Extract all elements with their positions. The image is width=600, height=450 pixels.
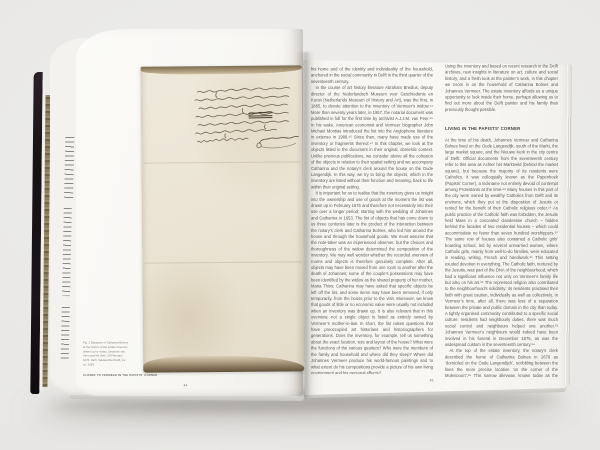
underpage-text-lines xyxy=(62,208,72,296)
body-paragraph: his home and of the identity and individ… xyxy=(311,66,433,85)
text-column-2: Using the inventory and based on recent … xyxy=(445,63,558,377)
handwriting-lines xyxy=(194,87,290,142)
spine-gutter-crease xyxy=(296,52,314,397)
section-heading: LIVING IN THE PAPISTS’ CORNER xyxy=(445,126,558,132)
body-paragraph: It is important for us to realise that t… xyxy=(311,190,433,374)
body-paragraph: In the course of art history literature … xyxy=(311,85,433,190)
handwriting-ink xyxy=(194,85,299,151)
body-paragraph: Using the inventory and based on recent … xyxy=(445,63,558,113)
catharina-bolnes-signature xyxy=(257,136,299,148)
underpage-text-lines xyxy=(64,137,74,199)
figure-caption: Fig. 1 Signature of Catharina Bolnes at … xyxy=(83,341,129,367)
page-number-left: 44 xyxy=(178,384,193,388)
underpage-text-lines xyxy=(61,307,70,359)
underlined-passage xyxy=(249,112,272,118)
page-number-right: 45 xyxy=(424,379,439,383)
running-footer: CLOSER TO VERMEER IN THE PAPISTS’ CORNER xyxy=(83,374,163,377)
book-photo-scene: Fig. 1 Signature of Catharina Bolnes at … xyxy=(0,0,600,450)
body-paragraph: At the time of his death, Johannes Verme… xyxy=(445,137,558,348)
body-paragraph: At the top of the estate inventory, the … xyxy=(445,348,558,377)
right-fore-edge-stack xyxy=(564,64,572,386)
text-column-1: his home and of the identity and individ… xyxy=(311,66,433,374)
